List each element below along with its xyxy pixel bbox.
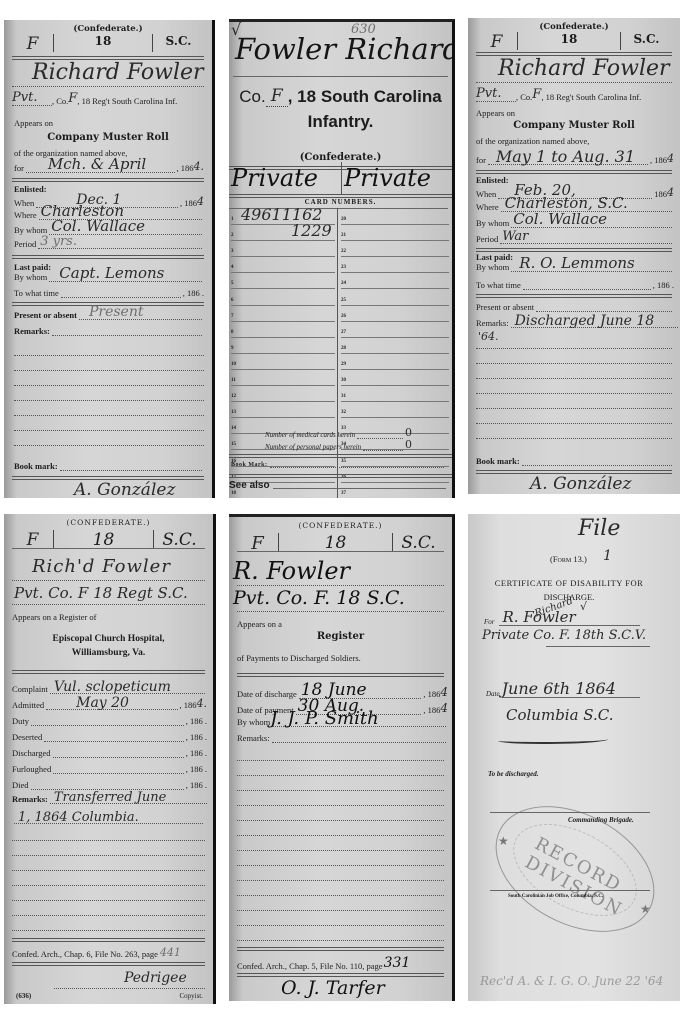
card-number-value: 1229 [291, 221, 332, 240]
ruled-line [237, 775, 444, 776]
soldier-name: Rich'd Fowler [32, 556, 171, 577]
see-also-field [273, 488, 446, 489]
card-number-row: 11 [231, 370, 335, 386]
card-number-index: 15 [231, 442, 236, 447]
entry-year: , 186 . [186, 780, 207, 790]
when-label: When [476, 189, 496, 199]
entry-year: , 186 . [186, 716, 207, 726]
entry-label: Furloughed [12, 764, 51, 774]
ruled-line [237, 790, 444, 791]
card-muster-roll-may-aug: (Confederate.) F 18 S.C. Richard Fowler … [468, 18, 680, 494]
hospital-entry-row: Duty, 186 . [12, 710, 207, 726]
card-number-index: 14 [231, 426, 236, 431]
copyist-signature: A. González [530, 474, 631, 494]
header-company: F [476, 32, 518, 50]
ruled-line [14, 385, 204, 386]
company: F [68, 91, 77, 106]
card-header: (Confederate.) F 18 S.C. [12, 24, 204, 54]
card-disability-certificate: File (Form 13.) 1 CERTIFICATE OF DISABIL… [468, 514, 680, 1001]
card-number-row: 26 [341, 306, 449, 322]
personal-papers-field [363, 445, 403, 451]
enlisted-label: Enlisted: [14, 184, 47, 194]
divider [546, 646, 650, 647]
confederate-label: (CONFEDERATE.) [237, 521, 444, 530]
period-row: Period 3 yrs. [14, 239, 204, 249]
form-mark: 1 [603, 548, 612, 564]
paid-by-label: By whom [476, 262, 509, 272]
present-label: Present or absent [476, 302, 534, 312]
entry-year: , 186 . [186, 732, 207, 742]
remarks-value: Discharged June 18 [515, 313, 655, 329]
header-regiment: 18 [518, 32, 620, 50]
flourish [498, 736, 608, 744]
header-regiment: 18 [279, 533, 392, 551]
card-number-index: 13 [231, 410, 236, 415]
for-row: for May 1 to Aug. 31 , 1864 [476, 152, 674, 165]
see-also-row: See also [229, 480, 446, 491]
personal-papers-value: 0 [405, 438, 412, 451]
rank: Pvt. [476, 86, 516, 102]
divider [237, 611, 444, 612]
ruled-line [476, 438, 672, 439]
divider [237, 947, 444, 951]
enlisted-by-row: By whom Col. Wallace [476, 218, 674, 228]
payment-year-value: 4 [440, 701, 448, 715]
remarks-value: Transferred June [54, 790, 166, 805]
card-number-row: 8 [231, 322, 335, 338]
card-number-row: 9 [231, 338, 335, 354]
rank-right: Private [344, 164, 431, 192]
archive-page: 331 [384, 955, 411, 971]
remarks-row: Remarks: Discharged June 18 [476, 318, 680, 328]
org-line: of the organization named above, [476, 136, 589, 146]
ruled-line [14, 445, 204, 446]
remarks-field: Discharged June 18 [511, 320, 678, 328]
divider [12, 255, 204, 259]
remarks-row: Remarks: [237, 733, 448, 743]
register-title: Register [229, 631, 452, 642]
card-number-row: 13 [231, 402, 335, 418]
divider [12, 962, 205, 966]
soldier-name: Richard Fowler [498, 56, 670, 81]
remarks-field [52, 328, 202, 336]
card-number-row: 5 [231, 273, 335, 289]
card-number-index: 6 [231, 298, 234, 303]
header-regiment: 18 [54, 530, 153, 548]
discharge-year: , 186 [423, 689, 440, 699]
entry-field: May 20 [46, 702, 177, 710]
entry-year: , 186 . [186, 748, 207, 758]
card-number-row: 20 [341, 209, 449, 225]
card-number-row: 28 [341, 338, 449, 354]
remarks-field [272, 735, 446, 743]
period-label: Period [476, 234, 498, 244]
check-mark: √ [580, 600, 587, 613]
ruled-line [14, 370, 204, 371]
to-what-time-field [523, 282, 651, 290]
ruled-line [237, 925, 444, 926]
for-field: R. Fowler [499, 625, 641, 626]
entry-field: Vul. sclopeticum [50, 686, 205, 694]
ruled-line [12, 885, 205, 886]
card-number-index: 21 [341, 233, 346, 238]
book-mark-row: Book mark: [14, 461, 204, 471]
to-what-year: , 186 . [653, 280, 674, 290]
appears-on: Appears on a [237, 619, 282, 629]
card-number-row: 32 [341, 402, 449, 418]
card-number-row: 10 [231, 354, 335, 370]
card-number-index: 8 [231, 330, 234, 335]
entry-field [31, 718, 184, 726]
card-number-row: 29 [341, 354, 449, 370]
signature-line [54, 988, 205, 989]
paid-by-value: Capt. Lemons [59, 264, 164, 282]
card-number-row: 12 [231, 386, 335, 402]
year-value: 4 [667, 152, 674, 165]
paid-by-field: R. O. Lemmons [511, 264, 672, 272]
personal-papers-row: Number of personal papers herein 0 [265, 438, 412, 451]
copyist-signature: A. González [74, 480, 175, 498]
personal-papers-label: Number of personal papers herein [265, 443, 361, 451]
paid-by-row: By whom R. O. Lemmons [476, 262, 674, 272]
divider [476, 294, 672, 298]
card-number-row: 30 [341, 370, 449, 386]
hospital-entry-row: Discharged, 186 . [12, 742, 207, 758]
divider [12, 604, 205, 605]
roll-title: Company Muster Roll [4, 132, 212, 143]
ruled-line [12, 930, 205, 931]
ruled-line [237, 850, 444, 851]
card-number-row: 23 [341, 257, 449, 273]
card-number-index: 9 [231, 346, 234, 351]
entry-label: Duty [12, 716, 29, 726]
entry-label: Died [12, 780, 29, 790]
card-number-index: 25 [341, 298, 346, 303]
entry-year: , 186 [180, 700, 197, 710]
card-number-index: 28 [341, 346, 346, 351]
ruled-line [476, 423, 672, 424]
entry-field [31, 782, 184, 790]
card-number-index: 3 [231, 249, 234, 254]
card-number-row: 24 [341, 273, 449, 289]
card-number-row: 21229 [231, 225, 335, 241]
appears-on: Appears on [14, 118, 53, 128]
entry-label: Complaint [12, 684, 48, 694]
entry-year: , 186 . [186, 764, 207, 774]
register-subtitle: of Payments to Discharged Soldiers. [237, 653, 361, 663]
soldier-name: R. Fowler [233, 557, 350, 585]
divider [237, 585, 444, 586]
year-value: 4. [194, 160, 205, 173]
header-state: S.C. [392, 533, 444, 551]
ruled-line [14, 400, 204, 401]
for-label: For [484, 618, 495, 626]
appears-on: Appears on a Register of [12, 612, 97, 622]
company: F [266, 86, 288, 107]
card-number-index: 7 [231, 314, 234, 319]
card-number-index: 10 [231, 362, 236, 367]
year-label: , 186 [650, 155, 667, 165]
hospital-entry-row: Deserted, 186 . [12, 726, 207, 742]
copyist-signature: Pedrigee [124, 970, 187, 986]
company: F [532, 87, 541, 102]
ruled-line [237, 820, 444, 821]
card-number-index: 30 [341, 378, 346, 383]
period-row: Period War [476, 234, 674, 244]
branch: Infantry. [229, 112, 452, 132]
book-mark-label: Book mark: [14, 461, 58, 471]
present-field: Present [79, 312, 202, 320]
ruled-line [12, 870, 205, 871]
remarks-row: Remarks: Transferred June [12, 794, 209, 804]
soldier-name: Fowler Richard [235, 32, 455, 66]
ruled-line [12, 855, 205, 856]
paid-by-field: Capt. Lemons [49, 274, 202, 282]
divider [229, 454, 452, 458]
ruled-line [476, 408, 672, 409]
divider [229, 474, 452, 478]
by-whom-value: Col. Wallace [513, 210, 607, 228]
book-mark-field [522, 458, 672, 466]
ruled-line [12, 840, 205, 841]
unit-suffix: , 18 Reg't South Carolina Inf. [541, 92, 641, 102]
unit-prefix: , Co. [52, 96, 68, 106]
divider [12, 580, 205, 581]
hospital-entry-row: ComplaintVul. sclopeticum [12, 678, 207, 694]
regiment-line: , 18 South Carolina [288, 87, 442, 107]
card-number-index: 37 [341, 491, 346, 496]
unit-suffix: , 18 Reg't South Carolina Inf. [77, 96, 177, 106]
for-label: for [476, 155, 486, 165]
date-field: June 6th 1864 [502, 697, 640, 698]
remarks-value-2: 1, 1864 Columbia. [18, 810, 139, 825]
remarks-row-2: 1, 1864 Columbia. [12, 810, 205, 824]
remarks-label: Remarks: [476, 318, 509, 328]
card-number-index: 18 [231, 491, 236, 496]
ruled-line [12, 900, 205, 901]
header-state: S.C. [152, 34, 204, 52]
divider [490, 890, 650, 891]
when-year: 4 [197, 195, 204, 208]
copyist-label: Copyist. [179, 992, 203, 1000]
ruled-line [237, 865, 444, 866]
when-year: 4 [667, 186, 674, 199]
paid-by-label: By whom [14, 272, 47, 282]
copyist-signature: O. J. Tarfer [281, 977, 385, 999]
card-number-index: 11 [231, 378, 236, 383]
ruled-line [12, 915, 205, 916]
present-row: Present or absent Present [14, 310, 204, 320]
archive-page: 441 [160, 946, 181, 959]
bottom-note: Rec'd A. & I. G. O. June 22 '64 [480, 974, 663, 988]
remarks-label: Remarks: [12, 794, 48, 804]
card-number-index: 23 [341, 265, 346, 270]
date-value: June 6th 1864 [502, 679, 616, 698]
certificate-title-1: CERTIFICATE OF DISABILITY FOR [468, 578, 670, 588]
for-field: Mch. & April [26, 165, 175, 173]
remarks-field-2: 1, 1864 Columbia. [14, 810, 203, 824]
divider [476, 82, 672, 83]
card-number-row: 31 [341, 386, 449, 402]
period-value: War [502, 229, 528, 244]
place-value: Columbia S.C. [506, 706, 614, 724]
ruled-line [14, 430, 204, 431]
card-number-row: 4 [231, 257, 335, 273]
entry-field [44, 734, 184, 742]
to-what-time-label: To what time [14, 288, 59, 298]
divider [12, 86, 204, 87]
ruled-line [476, 393, 672, 394]
paid-by-row: By whom Capt. Lemons [14, 272, 204, 282]
entry-field [53, 766, 184, 774]
rank-right-cell: Private [342, 162, 452, 194]
ruled-line [14, 415, 204, 416]
card-index-jacket: √ 630 Fowler Richard Co. F , 18 South Ca… [229, 19, 455, 498]
form-number: (636) [16, 992, 31, 1000]
rank-left-cell: Private [229, 162, 342, 194]
card-number-index: 1 [231, 217, 234, 222]
ruled-line [237, 760, 444, 761]
header-company: F [12, 530, 54, 548]
divider [12, 670, 205, 674]
card-number-row: 27 [341, 322, 449, 338]
paid-by-value: R. O. Lemmons [519, 254, 634, 272]
form-label: (Form 13.) [550, 554, 587, 564]
by-whom-label: By whom [237, 717, 270, 727]
card-number-index: 2 [231, 233, 234, 238]
printer-line: South Carolinian Job Office, Columbia, S… [508, 894, 603, 899]
hospital-entry-row: AdmittedMay 20, 1864. [12, 694, 207, 710]
confederate-label: (CONFEDERATE.) [12, 518, 205, 527]
ruled-line [237, 895, 444, 896]
hospital-entries: ComplaintVul. sclopeticumAdmittedMay 20,… [12, 678, 207, 790]
by-whom-value: J. J. P. Smith [270, 708, 378, 729]
archive-ref-row: Confed. Arch., Chap. 5, File No. 110, pa… [237, 955, 448, 971]
card-number-index: 31 [341, 394, 346, 399]
ruled-line [237, 910, 444, 911]
present-label: Present or absent [14, 310, 77, 320]
to-what-time-field [61, 290, 181, 298]
last-paid-label: Last paid: [476, 252, 513, 262]
soldier-name: Richard Fowler [32, 60, 204, 85]
where-label: Where [14, 210, 37, 220]
archive-ref: Confed. Arch., Chap. 5, File No. 110, pa… [237, 961, 383, 971]
entry-label: Admitted [12, 700, 44, 710]
company-label: Co. [239, 87, 265, 107]
card-number-row: 6 [231, 289, 335, 305]
card-header: (CONFEDERATE.) F 18 S.C. [12, 518, 205, 548]
archive-ref-row: Confed. Arch., Chap. 6, File No. 263, pa… [12, 946, 209, 959]
book-mark-field [60, 463, 202, 471]
discharge-year-value: 4 [440, 685, 448, 699]
for-value: Mch. & April [48, 155, 146, 173]
company-regiment-line: Co. F , 18 South Carolina [229, 86, 452, 107]
to-what-time-label: To what time [476, 280, 521, 290]
see-also-label: See also [229, 480, 270, 491]
card-number-index: 4 [231, 265, 234, 270]
hospital-entry-row: Died, 186 . [12, 774, 207, 790]
to-what-year: , 186 . [183, 288, 204, 298]
rank-line: Private Co. F. 18th S.C.V. [482, 628, 646, 643]
ruled-line [237, 880, 444, 881]
period-value: 3 yrs. [40, 234, 77, 249]
rank-line: Pvt. Co. F. 18 S.C. [233, 587, 405, 609]
to-what-time-row: To what time , 186 . [476, 280, 674, 290]
archive-ref: Confed. Arch., Chap. 6, File No. 263, pa… [12, 949, 158, 959]
entry-field [53, 750, 184, 758]
present-row: Present or absent [476, 302, 674, 312]
entry-value: Vul. sclopeticum [54, 679, 171, 695]
card-number-index: 29 [341, 362, 346, 367]
year-label: , 186 [177, 163, 194, 173]
remarks-field: Transferred June [50, 796, 207, 804]
card-number-index: 24 [341, 281, 346, 286]
ruled-line [237, 940, 444, 941]
appears-on: Appears on [476, 108, 515, 118]
book-mark-row: Book mark: [476, 456, 674, 466]
date-row: Date June 6th 1864 [486, 690, 640, 698]
header-state: S.C. [153, 530, 205, 548]
when-label: When [14, 198, 34, 208]
header-company: F [12, 34, 54, 52]
to-be-discharged: To be discharged. [488, 770, 539, 778]
by-whom-field: J. J. P. Smith [272, 719, 446, 727]
card-number-index: 22 [341, 249, 346, 254]
card-number-row: 25 [341, 289, 449, 305]
period-label: Period [14, 239, 36, 249]
for-row: For R. Fowler [484, 618, 640, 626]
hospital-line-2: Williamsburg, Va. [4, 648, 213, 658]
confederate-label: (Confederate.) [476, 22, 672, 32]
ruled-line [237, 835, 444, 836]
ruled-line [476, 378, 672, 379]
last-paid-label: Last paid: [14, 262, 51, 272]
card-muster-roll-mch-april: (Confederate.) F 18 S.C. Richard Fowler … [4, 20, 215, 498]
for-label: for [14, 163, 24, 173]
by-whom-row: By whom J. J. P. Smith [237, 717, 448, 727]
for-value: May 1 to Aug. 31 [496, 147, 635, 166]
card-hospital-register: (CONFEDERATE.) F 18 S.C. Rich'd Fowler P… [4, 514, 216, 1004]
ruled-line [476, 363, 672, 364]
card-number-row: 21 [341, 225, 449, 241]
remarks-row: Remarks: [14, 326, 204, 336]
card-number-index: 26 [341, 314, 346, 319]
by-whom-label: By whom [476, 218, 509, 228]
card-number-index: 12 [231, 394, 236, 399]
remarks-label: Remarks: [237, 733, 270, 743]
header-company: F [237, 533, 279, 551]
remarks-label: Remarks: [14, 326, 50, 336]
soldier-name: R. Fowler [503, 608, 576, 626]
present-value: Present [89, 304, 144, 320]
card-number-index: 5 [231, 281, 234, 286]
entry-label: Discharged [12, 748, 51, 758]
payment-year: , 186 [423, 705, 440, 715]
discharge-label: Date of discharge [237, 689, 297, 699]
date-label: Date [486, 690, 500, 698]
divider [233, 76, 448, 77]
rank-left: Private [231, 164, 318, 192]
present-field [536, 304, 672, 312]
confederate-label: (Confederate.) [12, 24, 204, 34]
header-state: S.C. [620, 32, 672, 50]
ruled-line [237, 805, 444, 806]
rank: Pvt. [12, 90, 52, 106]
divider [12, 938, 205, 942]
card-number-row: 22 [341, 241, 449, 257]
star-icon: ★ [498, 834, 509, 849]
card-number-row: 7 [231, 306, 335, 322]
